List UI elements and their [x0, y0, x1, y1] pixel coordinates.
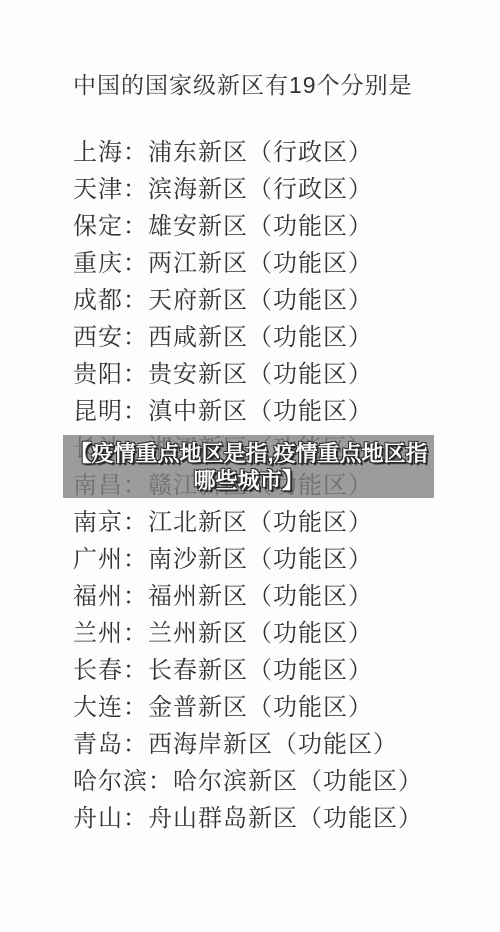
watermark-text-line2: 哪些城市】	[193, 467, 303, 494]
list-item: 哈尔滨：哈尔滨新区（功能区）	[73, 763, 500, 800]
list-item: 青岛：西海岸新区（功能区）	[73, 726, 500, 763]
watermark-text-line1: 【疫情重点地区是指,疫情重点地区指	[69, 440, 427, 467]
list-item: 兰州：兰州新区（功能区）	[73, 615, 500, 652]
list-item: 广州：南沙新区（功能区）	[73, 541, 500, 578]
list-item: 西安：西咸新区（功能区）	[73, 319, 500, 356]
list-item: 福州：福州新区（功能区）	[73, 578, 500, 615]
list-item: 成都：天府新区（功能区）	[73, 282, 500, 319]
list-item: 昆明：滇中新区（功能区）	[73, 393, 500, 430]
list-item: 南京：江北新区（功能区）	[73, 504, 500, 541]
list-item: 上海：浦东新区（行政区）	[73, 134, 500, 171]
page-title: 中国的国家级新区有19个分别是	[73, 68, 413, 102]
article-image: 中国的国家级新区有19个分别是 上海：浦东新区（行政区）天津：滨海新区（行政区）…	[0, 0, 500, 932]
list-item: 大连：金普新区（功能区）	[73, 689, 500, 726]
list-item: 舟山：舟山群岛新区（功能区）	[73, 800, 500, 837]
list-item: 重庆：两江新区（功能区）	[73, 245, 500, 282]
list-item: 贵阳：贵安新区（功能区）	[73, 356, 500, 393]
watermark-banner: 【疫情重点地区是指,疫情重点地区指 哪些城市】	[63, 435, 434, 498]
list-item: 天津：滨海新区（行政区）	[73, 171, 500, 208]
list-item: 长春：长春新区（功能区）	[73, 652, 500, 689]
list-item: 保定：雄安新区（功能区）	[73, 208, 500, 245]
